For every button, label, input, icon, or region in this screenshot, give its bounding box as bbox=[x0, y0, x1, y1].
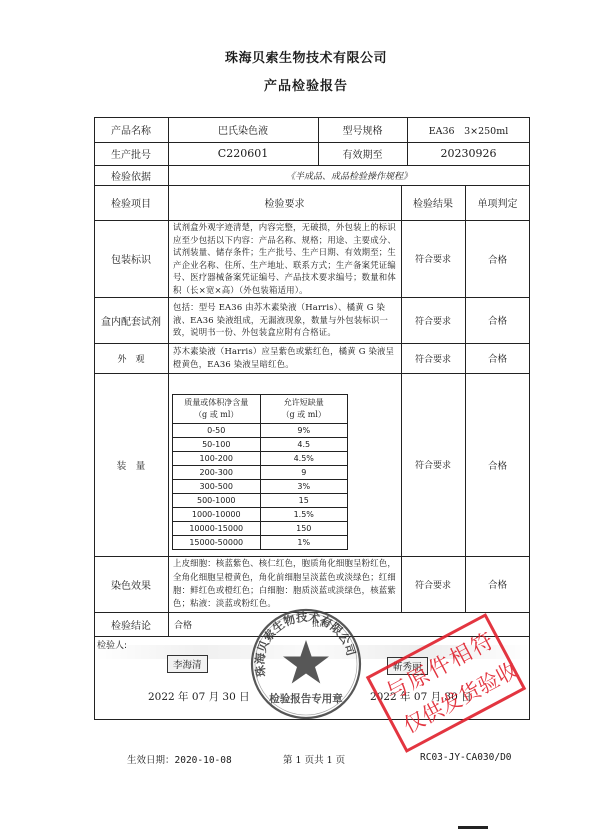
volume-shortage: 3% bbox=[260, 480, 348, 494]
volume-header-net-content: 质量或体积净含量（g 或 ml） bbox=[173, 395, 261, 424]
volume-shortage: 9% bbox=[260, 424, 348, 438]
row-item-fill-volume: 装 量 bbox=[94, 373, 168, 556]
volume-table-row: 15000-500001% bbox=[173, 536, 348, 550]
model-label: 型号规格 bbox=[318, 117, 407, 142]
conclusion-label: 检验结论 bbox=[94, 612, 168, 636]
volume-shortage: 15 bbox=[260, 494, 348, 508]
volume-shortage: 9 bbox=[260, 466, 348, 480]
col-header-result: 检验结果 bbox=[401, 185, 465, 220]
volume-shortage: 1% bbox=[260, 536, 348, 550]
footer-doc-code: RC03-JY-CA030/D0 bbox=[420, 752, 512, 763]
volume-table-row: 0-509% bbox=[173, 424, 348, 438]
row-result-appearance: 符合要求 bbox=[401, 343, 465, 373]
row-judgement-staining: 合格 bbox=[465, 556, 530, 612]
row-result-fill-volume: 符合要求 bbox=[401, 373, 465, 556]
row-judgement-packaging: 合格 bbox=[465, 220, 530, 297]
volume-table-row: 50-1004.5 bbox=[173, 438, 348, 452]
volume-range: 100-200 bbox=[173, 452, 261, 466]
report-page: 珠海贝索生物技术有限公司 产品检验报告 产品名称 巴氏染色液 型号规格 EA36… bbox=[0, 0, 612, 829]
row-judgement-appearance: 合格 bbox=[465, 343, 530, 373]
volume-shortage: 150 bbox=[260, 522, 348, 536]
volume-shortage: 4.5 bbox=[260, 438, 348, 452]
row-result-packaging: 符合要求 bbox=[401, 220, 465, 297]
volume-table-row: 200-3009 bbox=[173, 466, 348, 480]
volume-range: 15000-50000 bbox=[173, 536, 261, 550]
expiry-value: 20230926 bbox=[407, 142, 530, 165]
volume-range: 300-500 bbox=[173, 480, 261, 494]
batch-label: 生产批号 bbox=[94, 142, 168, 165]
volume-range: 50-100 bbox=[173, 438, 261, 452]
row-requirement-packaging: 试剂盒外观字迹清楚，内容完整，无破损，外包装上的标识应至少包括以下内容：产品名称… bbox=[168, 220, 401, 297]
volume-table-header: 质量或体积净含量（g 或 ml）允许短缺量（g 或 ml） bbox=[173, 395, 348, 424]
volume-table-row: 300-5003% bbox=[173, 480, 348, 494]
row-requirement-appearance: 苏木素染液（Harris）应呈紫色或紫红色，橘黄 G 染液呈橙黄色，EA36 染… bbox=[168, 343, 401, 373]
basis-label: 检验依据 bbox=[94, 165, 168, 185]
company-name: 珠海贝索生物技术有限公司 bbox=[0, 47, 612, 66]
row-result-staining: 符合要求 bbox=[401, 556, 465, 612]
volume-range: 1000-10000 bbox=[173, 508, 261, 522]
basis-value: 《半成品、成品检验操作规程》 bbox=[168, 165, 530, 185]
row-item-appearance: 外 观 bbox=[94, 343, 168, 373]
volume-table-row: 100-2004.5% bbox=[173, 452, 348, 466]
volume-range: 200-300 bbox=[173, 466, 261, 480]
volume-shortage: 4.5% bbox=[260, 452, 348, 466]
inspector-date: 2022 年 07 月 30 日 bbox=[148, 689, 250, 704]
volume-table-row: 10000-15000150 bbox=[173, 522, 348, 536]
volume-header-allowed-shortage: 允许短缺量（g 或 ml） bbox=[260, 395, 348, 424]
row-item-packaging: 包装标识 bbox=[94, 220, 168, 297]
volume-table-row: 500-100015 bbox=[173, 494, 348, 508]
volume-range: 500-1000 bbox=[173, 494, 261, 508]
volume-tolerance-table: 质量或体积净含量（g 或 ml）允许短缺量（g 或 ml）0-509%50-10… bbox=[172, 394, 348, 550]
report-title: 产品检验报告 bbox=[0, 75, 612, 94]
row-item-staining: 染色效果 bbox=[94, 556, 168, 612]
row-judgement-fill-volume: 合格 bbox=[465, 373, 530, 556]
volume-shortage: 1.5% bbox=[260, 508, 348, 522]
row-result-kit-reagents: 符合要求 bbox=[401, 297, 465, 343]
volume-range: 0-50 bbox=[173, 424, 261, 438]
footer-effective-date: 生效日期：2020-10-08 bbox=[127, 752, 232, 766]
row-item-kit-reagents: 盒内配套试剂 bbox=[94, 297, 168, 343]
model-value: EA36 3×250ml bbox=[407, 117, 530, 142]
expiry-label: 有效期至 bbox=[318, 142, 407, 165]
row-requirement-staining: 上皮细胞：核蓝紫色、核仁红色，胞质角化细胞呈粉红色，全角化细胞呈橙黄色，角化前细… bbox=[168, 556, 401, 612]
seal-bottom-text: 检验报告专用章 bbox=[269, 692, 343, 705]
product-name-label: 产品名称 bbox=[94, 117, 168, 142]
product-name-value: 巴氏染色液 bbox=[168, 117, 318, 142]
col-header-requirement: 检验要求 bbox=[168, 185, 401, 220]
col-header-item: 检验项目 bbox=[94, 185, 168, 220]
row-requirement-kit-reagents: 包括：型号 EA36 由苏木素染液（Harris）、橘黄 G 染液、EA36 染… bbox=[168, 297, 401, 343]
batch-value: C220601 bbox=[168, 142, 318, 165]
col-header-judgement: 单项判定 bbox=[465, 185, 530, 220]
approver-label: 批准人: bbox=[312, 618, 337, 628]
volume-table-row: 1000-100001.5% bbox=[173, 508, 348, 522]
volume-range: 10000-15000 bbox=[173, 522, 261, 536]
footer-page-number: 第 1 页共 1 页 bbox=[283, 752, 345, 766]
row-judgement-kit-reagents: 合格 bbox=[465, 297, 530, 343]
company-seal-icon: 珠海贝索生物技术有限公司 检验报告专用章 批准人: bbox=[248, 606, 364, 722]
inspector-signature: 李海清 bbox=[167, 655, 208, 673]
